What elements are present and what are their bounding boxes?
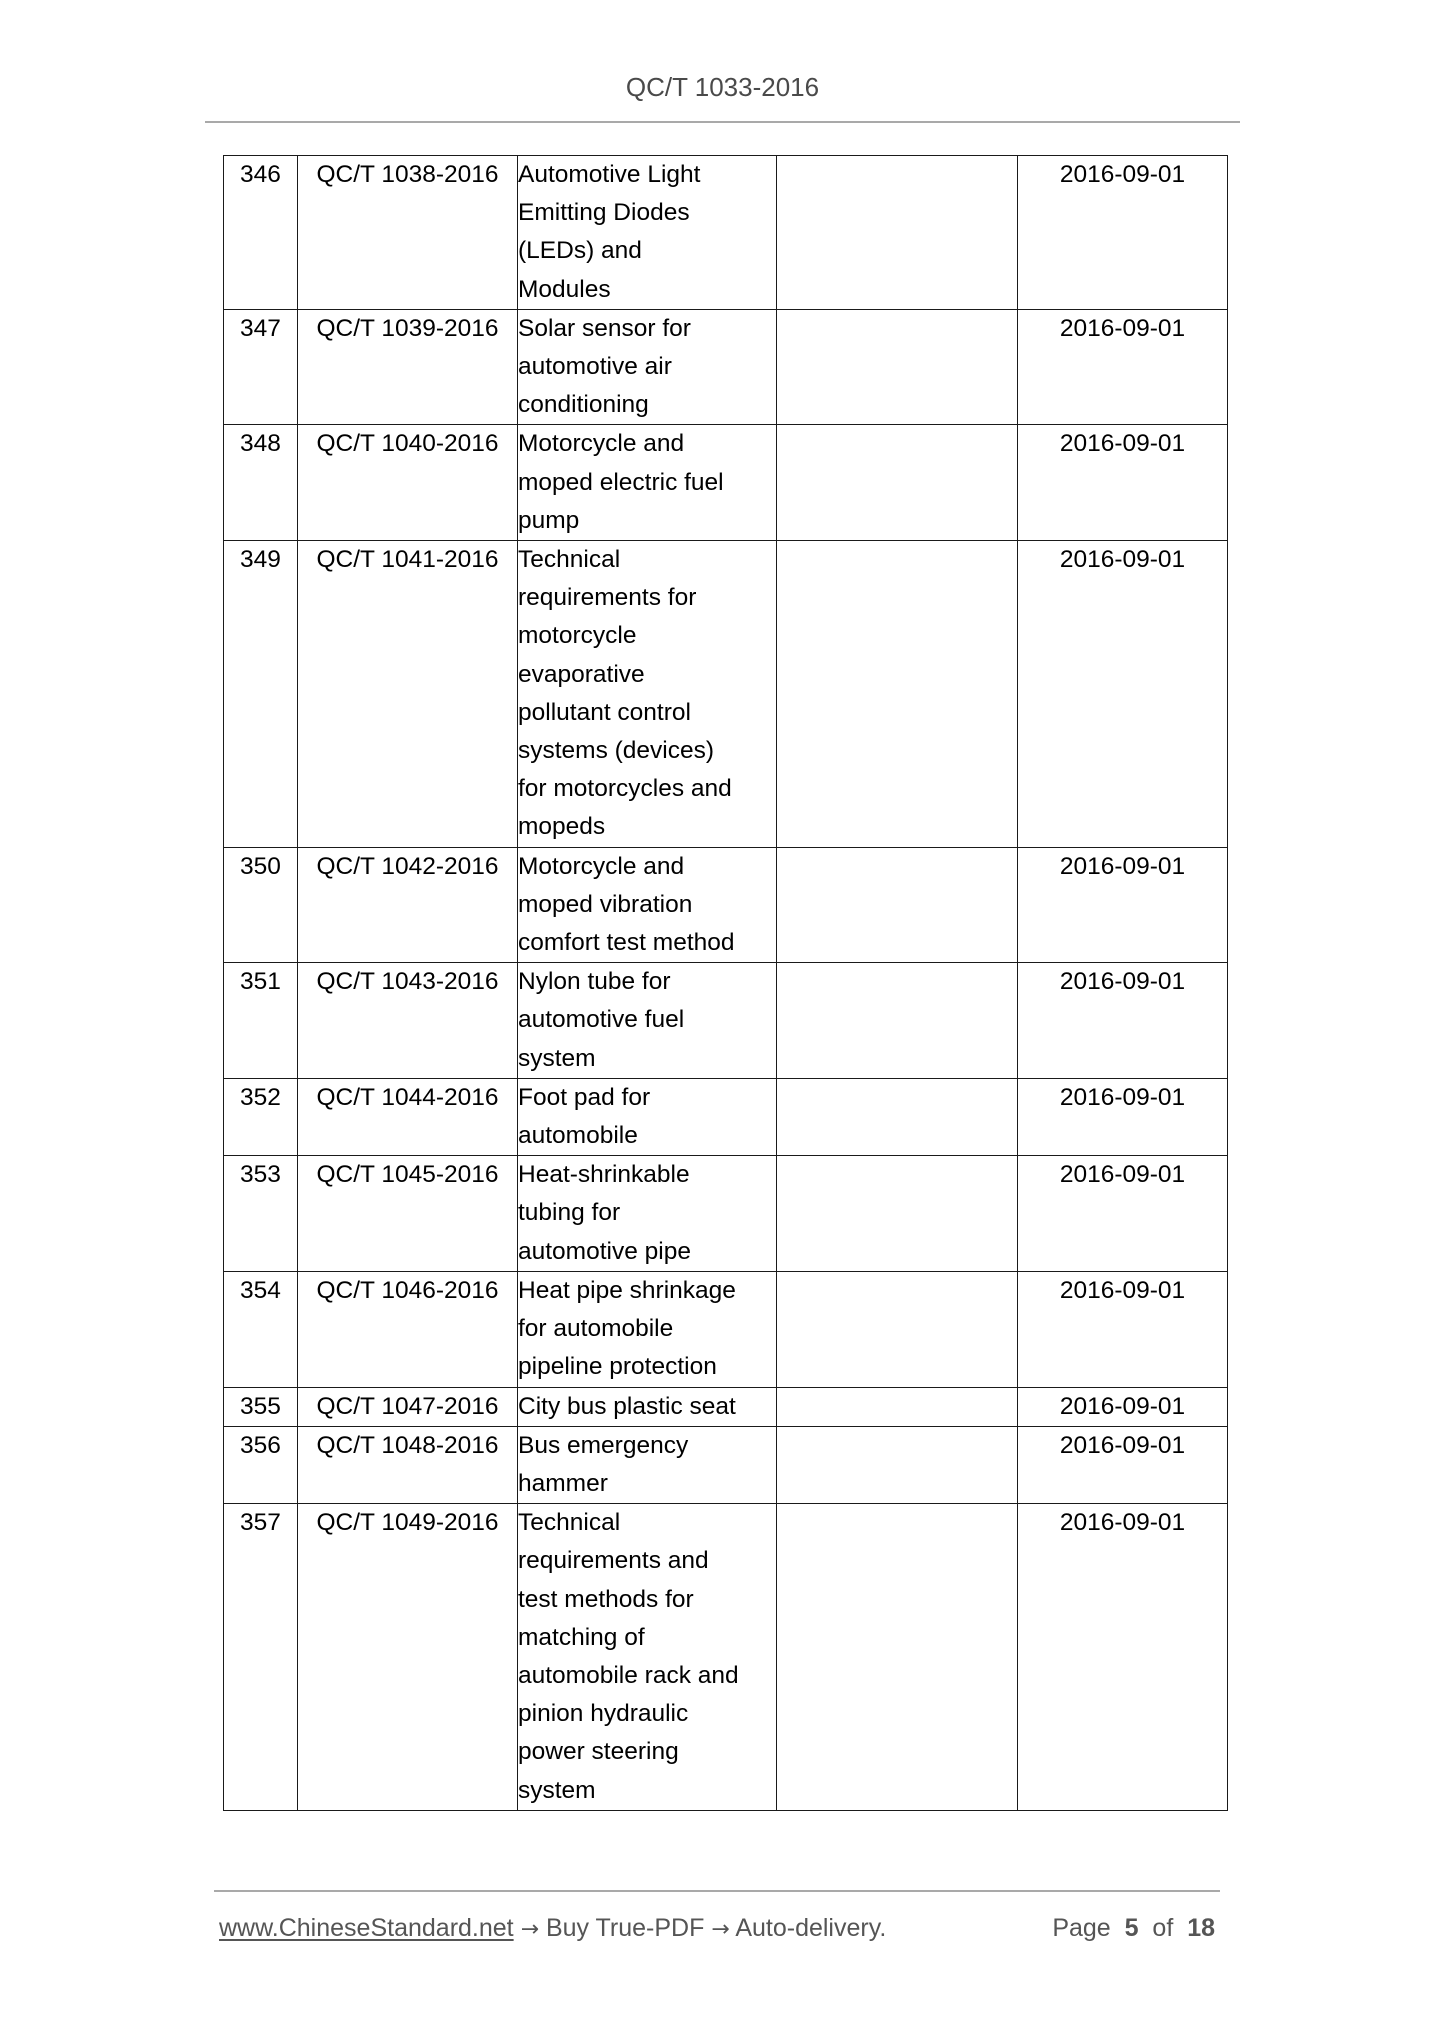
standard-title-line: moped vibration	[518, 886, 776, 924]
implementation-date: 2016-09-01	[1018, 156, 1228, 310]
page-total: 18	[1187, 1914, 1215, 1942]
replaced-standard	[777, 425, 1018, 541]
table-row: 346QC/T 1038-2016Automotive LightEmittin…	[224, 156, 1228, 310]
standard-title-line: automotive pipe	[518, 1233, 776, 1271]
standard-title-line: Motorcycle and	[518, 425, 776, 463]
standard-title-line: motorcycle	[518, 617, 776, 655]
standard-title: Heat-shrinkabletubing forautomotive pipe	[518, 1156, 777, 1272]
standard-title-line: test methods for	[518, 1581, 776, 1619]
website-link[interactable]: www.ChineseStandard.net	[219, 1914, 514, 1942]
row-number: 357	[224, 1504, 298, 1811]
standard-code: QC/T 1039-2016	[298, 309, 518, 425]
standard-title-line: Heat-shrinkable	[518, 1156, 776, 1194]
standard-title-line: requirements and	[518, 1542, 776, 1580]
implementation-date: 2016-09-01	[1018, 847, 1228, 963]
standard-title-line: for automobile	[518, 1310, 776, 1348]
standard-title-line: Automotive Light	[518, 156, 776, 194]
standard-title-line: system	[518, 1040, 776, 1078]
standard-title-line: pump	[518, 502, 776, 540]
standard-title-line: Technical	[518, 1504, 776, 1542]
standard-title-line: requirements for	[518, 579, 776, 617]
table-row: 352QC/T 1044-2016Foot pad forautomobile2…	[224, 1078, 1228, 1155]
table-row: 355QC/T 1047-2016City bus plastic seat20…	[224, 1387, 1228, 1426]
table-row: 348QC/T 1040-2016Motorcycle andmoped ele…	[224, 425, 1228, 541]
implementation-date: 2016-09-01	[1018, 541, 1228, 848]
header-divider	[205, 121, 1240, 123]
replaced-standard	[777, 1156, 1018, 1272]
standard-title-line: power steering	[518, 1733, 776, 1771]
standard-code: QC/T 1038-2016	[298, 156, 518, 310]
standard-title-line: comfort test method	[518, 924, 776, 962]
footer-divider	[214, 1890, 1220, 1892]
replaced-standard	[777, 1504, 1018, 1811]
table-row: 349QC/T 1041-2016Technicalrequirements f…	[224, 541, 1228, 848]
implementation-date: 2016-09-01	[1018, 1271, 1228, 1387]
implementation-date: 2016-09-01	[1018, 1156, 1228, 1272]
table-row: 357QC/T 1049-2016Technicalrequirements a…	[224, 1504, 1228, 1811]
standard-title-line: evaporative	[518, 656, 776, 694]
table-row: 353QC/T 1045-2016Heat-shrinkabletubing f…	[224, 1156, 1228, 1272]
standard-title-line: pollutant control	[518, 694, 776, 732]
standard-title-line: tubing for	[518, 1194, 776, 1232]
page-label: Page	[1052, 1914, 1110, 1942]
implementation-date: 2016-09-01	[1018, 963, 1228, 1079]
standard-code: QC/T 1045-2016	[298, 1156, 518, 1272]
replaced-standard	[777, 309, 1018, 425]
standard-title: Automotive LightEmitting Diodes(LEDs) an…	[518, 156, 777, 310]
table-row: 350QC/T 1042-2016Motorcycle andmoped vib…	[224, 847, 1228, 963]
standard-title: Solar sensor forautomotive airconditioni…	[518, 309, 777, 425]
replaced-standard	[777, 1387, 1018, 1426]
standard-code: QC/T 1048-2016	[298, 1426, 518, 1503]
standard-title: Technicalrequirements formotorcycleevapo…	[518, 541, 777, 848]
replaced-standard	[777, 1271, 1018, 1387]
standard-title-line: Nylon tube for	[518, 963, 776, 1001]
row-number: 349	[224, 541, 298, 848]
standard-title-line: hammer	[518, 1465, 776, 1503]
standard-title-line: automotive fuel	[518, 1001, 776, 1039]
row-number: 353	[224, 1156, 298, 1272]
standard-title: Technicalrequirements andtest methods fo…	[518, 1504, 777, 1811]
row-number: 346	[224, 156, 298, 310]
page-current: 5	[1125, 1914, 1139, 1942]
standard-title-line: pinion hydraulic	[518, 1695, 776, 1733]
table-row: 347QC/T 1039-2016Solar sensor forautomot…	[224, 309, 1228, 425]
standard-code: QC/T 1043-2016	[298, 963, 518, 1079]
standard-title-line: automotive air	[518, 348, 776, 386]
standard-code: QC/T 1049-2016	[298, 1504, 518, 1811]
standard-code: QC/T 1046-2016	[298, 1271, 518, 1387]
standard-title: Heat pipe shrinkagefor automobilepipelin…	[518, 1271, 777, 1387]
document-code-header: QC/T 1033-2016	[0, 70, 1445, 104]
standard-title-line: mopeds	[518, 808, 776, 846]
row-number: 355	[224, 1387, 298, 1426]
replaced-standard	[777, 1078, 1018, 1155]
implementation-date: 2016-09-01	[1018, 1504, 1228, 1811]
standard-title: Foot pad forautomobile	[518, 1078, 777, 1155]
page-of-label: of	[1152, 1914, 1173, 1942]
arrow-right-icon: →	[521, 1917, 539, 1942]
standard-code: QC/T 1041-2016	[298, 541, 518, 848]
buy-text: Buy True-PDF	[546, 1914, 704, 1942]
row-number: 354	[224, 1271, 298, 1387]
standard-title: Nylon tube forautomotive fuelsystem	[518, 963, 777, 1079]
standard-title-line: moped electric fuel	[518, 464, 776, 502]
table-row: 354QC/T 1046-2016Heat pipe shrinkagefor …	[224, 1271, 1228, 1387]
standard-title-line: City bus plastic seat	[518, 1388, 776, 1426]
row-number: 352	[224, 1078, 298, 1155]
page-indicator: Page 5 of 18	[1052, 1912, 1215, 1944]
standards-table: 346QC/T 1038-2016Automotive LightEmittin…	[223, 155, 1228, 1811]
standard-title-line: pipeline protection	[518, 1348, 776, 1386]
implementation-date: 2016-09-01	[1018, 309, 1228, 425]
standards-table-body: 346QC/T 1038-2016Automotive LightEmittin…	[224, 156, 1228, 1811]
page-footer: www.ChineseStandard.net → Buy True-PDF →…	[219, 1912, 1219, 1946]
standard-title-line: automobile rack and	[518, 1657, 776, 1695]
arrow-right-icon: →	[711, 1917, 729, 1942]
replaced-standard	[777, 541, 1018, 848]
row-number: 350	[224, 847, 298, 963]
standard-title-line: Heat pipe shrinkage	[518, 1272, 776, 1310]
standard-title-line: system	[518, 1772, 776, 1810]
standard-title-line: Motorcycle and	[518, 848, 776, 886]
replaced-standard	[777, 156, 1018, 310]
standard-title-line: Solar sensor for	[518, 310, 776, 348]
standard-title-line: (LEDs) and	[518, 232, 776, 270]
standard-title: Bus emergencyhammer	[518, 1426, 777, 1503]
standard-code: QC/T 1044-2016	[298, 1078, 518, 1155]
row-number: 347	[224, 309, 298, 425]
standard-title-line: automobile	[518, 1117, 776, 1155]
row-number: 351	[224, 963, 298, 1079]
standard-title-line: Modules	[518, 271, 776, 309]
delivery-text: Auto-delivery.	[735, 1914, 886, 1942]
table-row: 356QC/T 1048-2016Bus emergencyhammer2016…	[224, 1426, 1228, 1503]
standard-code: QC/T 1040-2016	[298, 425, 518, 541]
standard-title-line: Emitting Diodes	[518, 194, 776, 232]
standard-code: QC/T 1042-2016	[298, 847, 518, 963]
standard-title-line: Foot pad for	[518, 1079, 776, 1117]
implementation-date: 2016-09-01	[1018, 1078, 1228, 1155]
standard-code: QC/T 1047-2016	[298, 1387, 518, 1426]
standard-title: Motorcycle andmoped vibrationcomfort tes…	[518, 847, 777, 963]
implementation-date: 2016-09-01	[1018, 425, 1228, 541]
standard-title-line: Bus emergency	[518, 1427, 776, 1465]
replaced-standard	[777, 847, 1018, 963]
standard-title-line: for motorcycles and	[518, 770, 776, 808]
standard-title-line: conditioning	[518, 386, 776, 424]
table-row: 351QC/T 1043-2016Nylon tube forautomotiv…	[224, 963, 1228, 1079]
standard-title: City bus plastic seat	[518, 1387, 777, 1426]
row-number: 356	[224, 1426, 298, 1503]
standard-title-line: matching of	[518, 1619, 776, 1657]
standard-title-line: Technical	[518, 541, 776, 579]
implementation-date: 2016-09-01	[1018, 1387, 1228, 1426]
replaced-standard	[777, 1426, 1018, 1503]
standard-title: Motorcycle andmoped electric fuelpump	[518, 425, 777, 541]
implementation-date: 2016-09-01	[1018, 1426, 1228, 1503]
row-number: 348	[224, 425, 298, 541]
replaced-standard	[777, 963, 1018, 1079]
standard-title-line: systems (devices)	[518, 732, 776, 770]
